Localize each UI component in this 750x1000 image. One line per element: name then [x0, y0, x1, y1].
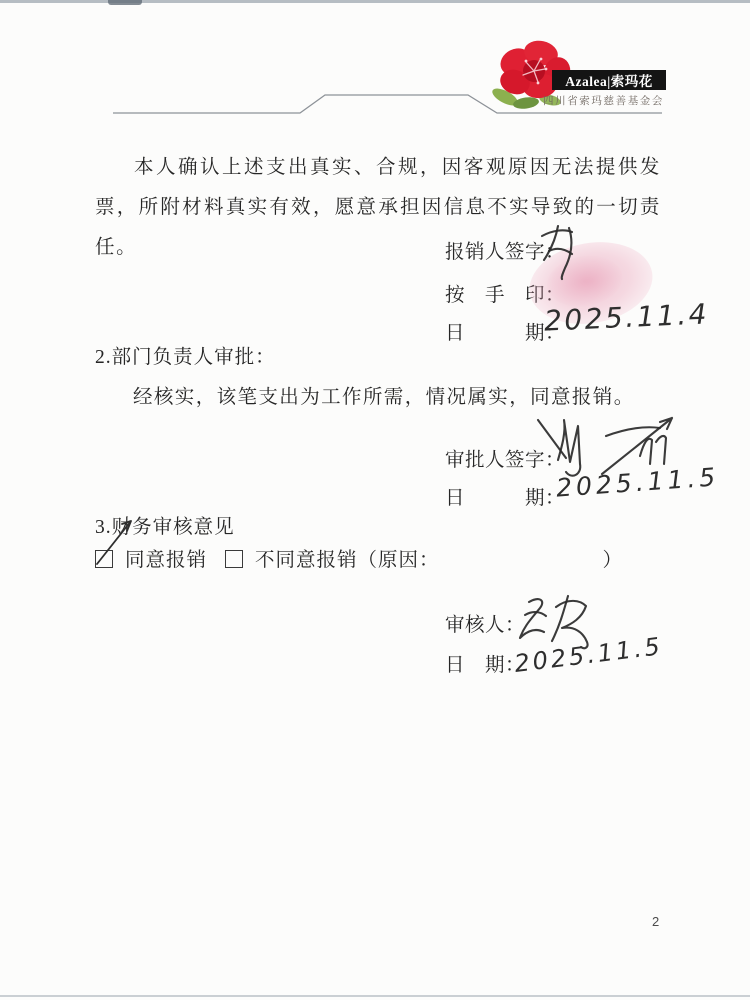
reviewer-label: 审核人：: [445, 609, 525, 637]
finance-options-row: 同意报销 不同意报销（原因： ）: [95, 544, 623, 572]
manager-heading: 2.部门负责人审批：: [95, 341, 276, 369]
page-number: 2: [652, 914, 659, 929]
scanned-document-page: Azalea|索玛花 四川省索玛慈善基金会 本人确认上述支出真实、合规，因客观原…: [0, 0, 750, 1000]
disagree-label: 不同意报销（原因：: [255, 544, 440, 572]
scan-artifact: [108, 0, 142, 5]
disagree-checkbox: [225, 550, 243, 568]
applicant-date-value: 2025.11.4: [543, 297, 709, 337]
applicant-signature: [534, 221, 592, 281]
agree-check-mark: [86, 506, 146, 572]
header-divider: [88, 86, 678, 120]
scan-bottom-edge: [0, 995, 750, 997]
reason-close-paren: ）: [602, 544, 623, 572]
